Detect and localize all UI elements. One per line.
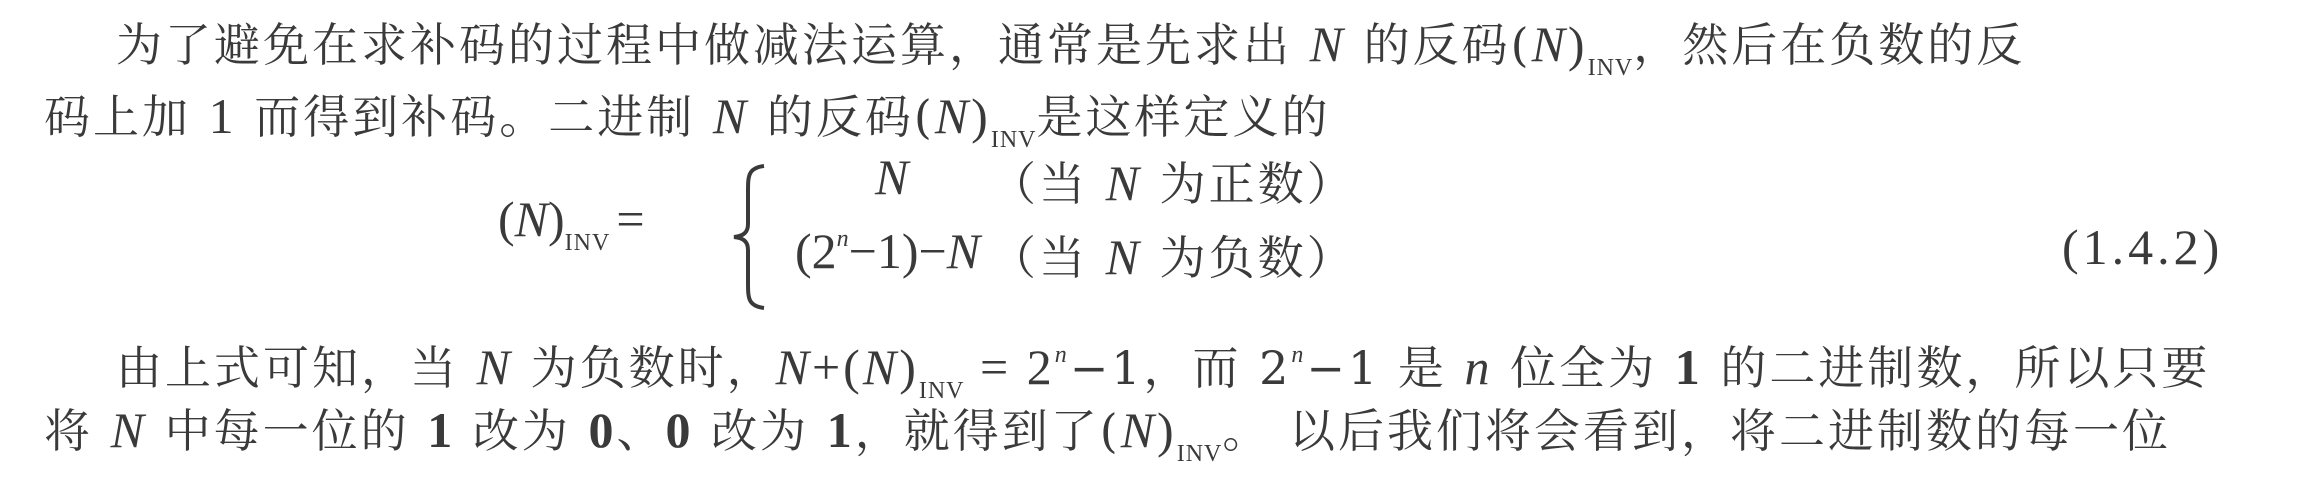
text-run: 而得到补码。二进制 — [237, 90, 713, 144]
left-brace-icon — [730, 162, 770, 312]
text-run: (2 — [795, 223, 837, 279]
math-var-n: N — [875, 149, 908, 205]
math-var-n: N — [947, 223, 980, 279]
math-var-n: N — [477, 339, 513, 395]
text-run: 将 — [44, 404, 111, 458]
subscript-inv: INV — [1588, 55, 1634, 81]
math-var-n: N — [863, 339, 899, 395]
math-var-n: N — [1106, 229, 1142, 285]
text-run: 为负数） — [1142, 231, 1356, 285]
text-run: 改为 — [693, 404, 826, 458]
text-run: 改为 — [455, 404, 588, 458]
text-run: 中每一位的 — [147, 404, 427, 458]
math-var-n: N — [1310, 16, 1346, 72]
bold-digit-zero: 0 — [665, 402, 693, 458]
paragraph-2-line-2: 将 N 中每一位的 1 改为 0、0 改为 1，就得到了(N)INV。 以后我们… — [44, 400, 2171, 484]
bold-digit-zero: 0 — [588, 402, 616, 458]
math-var-n: N — [713, 88, 749, 144]
paren: ( — [498, 191, 515, 247]
text-run: −1，而 2 — [1070, 341, 1292, 395]
text-run: 位全为 — [1492, 341, 1674, 395]
superscript-n: n — [1291, 342, 1306, 368]
text-run: （当 — [990, 157, 1106, 211]
text-run: （当 — [990, 231, 1106, 285]
bold-digit-one: 1 — [1675, 339, 1703, 395]
case-2-expression: (2n−1)−N — [795, 222, 980, 280]
math-var-n: N — [935, 88, 971, 144]
text-run: 的二进制数，所以只要 — [1703, 341, 2211, 395]
text-run: +( — [812, 339, 863, 395]
math-var-n: N — [1532, 16, 1568, 72]
bold-digit-one: 1 — [427, 402, 455, 458]
paren: ) — [1568, 16, 1588, 72]
equation-lhs: (N)INV= — [498, 190, 645, 257]
text-run: 。 以后我们将会看到，将二进制数的每一位 — [1222, 404, 2171, 458]
subscript-inv: INV — [565, 230, 611, 256]
math-var-n: N — [1106, 155, 1142, 211]
case-2-condition: （当 N 为负数） — [990, 222, 1356, 288]
bold-digit-one: 1 — [827, 402, 855, 458]
superscript-n: n — [837, 226, 849, 252]
text-run: = 2 — [965, 339, 1055, 395]
text-run: −1)− — [849, 223, 947, 279]
math-var-n: N — [111, 402, 147, 458]
math-var-n: N — [515, 191, 548, 247]
math-var-lower-n: n — [1464, 339, 1492, 395]
text-run: 码上加 — [44, 90, 209, 144]
text-run: 为了避免在求补码的过程中做减法运算，通常是先求出 — [116, 18, 1310, 72]
equation-number: (1.4.2) — [2062, 218, 2223, 276]
paren: ) — [971, 88, 991, 144]
text-run: 、 — [616, 404, 665, 458]
paren: ) — [1157, 402, 1177, 458]
case-1-condition: （当 N 为正数） — [990, 148, 1356, 214]
math-var-n: N — [1121, 402, 1157, 458]
text-run: ，然后在负数的反 — [1633, 18, 2025, 72]
text-run: 的反码( — [1346, 18, 1532, 72]
text-run: ，就得到了( — [855, 404, 1121, 458]
text-run: 的反码( — [749, 90, 935, 144]
text-run: 由上式可知，当 — [116, 341, 477, 395]
paren: ) — [548, 191, 565, 247]
text-run: 为正数） — [1142, 157, 1356, 211]
subscript-inv: INV — [1177, 441, 1223, 467]
case-1-expression: N — [875, 148, 908, 206]
text-run: 为负数时， — [513, 341, 776, 395]
text-run: −1 是 — [1306, 341, 1464, 395]
superscript-n: n — [1055, 342, 1070, 368]
paren: ) — [899, 339, 919, 395]
math-var-n: N — [776, 339, 812, 395]
text-run: 是这样定义的 — [1036, 90, 1330, 144]
number-one: 1 — [209, 88, 237, 144]
equals-sign: = — [616, 191, 644, 247]
